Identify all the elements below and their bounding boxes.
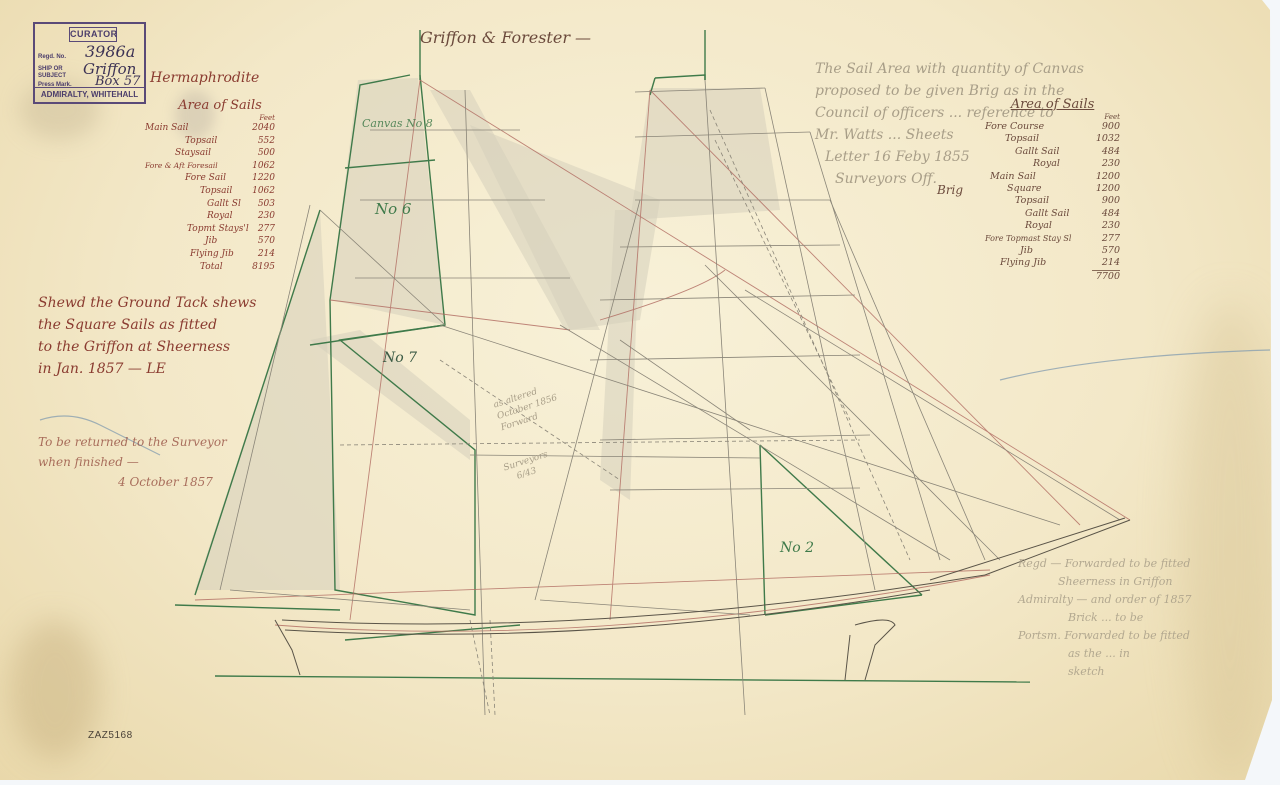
table-row: Topmt Stays'l277 bbox=[145, 223, 275, 236]
table-row: Flying Jib214 bbox=[145, 248, 275, 261]
table-row: Main Sail1200 bbox=[985, 171, 1120, 183]
stamp-ship-label-2: SUBJECT bbox=[38, 73, 66, 79]
sail-label-canvas-no8: Canvas No 8 bbox=[362, 117, 402, 131]
left-note: Shewd the Ground Tack shews the Square S… bbox=[38, 292, 256, 380]
table-row: Jib570 bbox=[985, 245, 1120, 257]
table-row: Fore Course900 bbox=[985, 121, 1120, 133]
curator-stamp: CURATOR Regd. No. 3986a SHIP OR SUBJECT … bbox=[33, 22, 146, 104]
table-row: Gallt Sail484 bbox=[985, 208, 1120, 220]
stamp-regd-value: 3986a bbox=[85, 42, 135, 61]
table-row: Flying Jib214 bbox=[985, 257, 1120, 269]
table-row: Main Sail2040 bbox=[145, 122, 275, 135]
table-row: Royal230 bbox=[985, 158, 1120, 170]
bottom-right-pencil-note: Regd — Forwarded to be fitted Sheerness … bbox=[1018, 555, 1191, 681]
brig-marker: Brig bbox=[937, 183, 963, 197]
table-row: Topsail552 bbox=[145, 135, 275, 148]
right-sail-area-table: Area of Sails Feet Fore Course900 Topsai… bbox=[985, 97, 1120, 283]
return-note: To be returned to the Surveyor when fini… bbox=[38, 432, 227, 492]
table-row: Gallt Sl503 bbox=[145, 198, 275, 211]
table-row: Total8195 bbox=[145, 261, 275, 274]
left-table-title: Hermaphrodite bbox=[150, 70, 259, 86]
main-heading: Griffon & Forester — bbox=[420, 28, 591, 47]
table-row: Jib570 bbox=[145, 235, 275, 248]
table-row: Topsail1062 bbox=[145, 185, 275, 198]
table-row: Square1200 bbox=[985, 183, 1120, 195]
sail-label-no7: No 7 bbox=[383, 350, 417, 366]
table-row: Topsail900 bbox=[985, 195, 1120, 207]
right-table-total: 7700 bbox=[1092, 270, 1120, 283]
left-sail-area-table: Area of Sails Feet Main Sail2040 Topsail… bbox=[145, 98, 275, 273]
stamp-regd-label: Regd. No. bbox=[38, 54, 66, 60]
right-table-heading: Area of Sails bbox=[985, 97, 1120, 113]
table-row: Royal230 bbox=[985, 220, 1120, 232]
table-row: Staysail500 bbox=[145, 147, 275, 160]
stamp-footer: ADMIRALTY, WHITEHALL bbox=[35, 87, 144, 102]
catalogue-ref: ZAZ5168 bbox=[88, 730, 133, 741]
right-table-unit: Feet bbox=[985, 113, 1120, 121]
sail-label-no6: No 6 bbox=[375, 200, 411, 218]
stamp-header: CURATOR bbox=[69, 27, 117, 42]
table-row: Gallt Sail484 bbox=[985, 146, 1120, 158]
table-row: Fore Topmast Stay Sl277 bbox=[985, 233, 1120, 245]
table-row: Royal230 bbox=[145, 210, 275, 223]
left-table-unit: Feet bbox=[145, 114, 275, 122]
table-row: Fore & Aft Foresail1062 bbox=[145, 160, 275, 173]
stamp-ship-label-1: SHIP OR bbox=[38, 66, 63, 72]
table-row: Topsail1032 bbox=[985, 133, 1120, 145]
sail-label-no2: No 2 bbox=[780, 540, 814, 556]
left-table-heading: Area of Sails bbox=[145, 98, 275, 114]
table-row: Fore Sail1220 bbox=[145, 172, 275, 185]
